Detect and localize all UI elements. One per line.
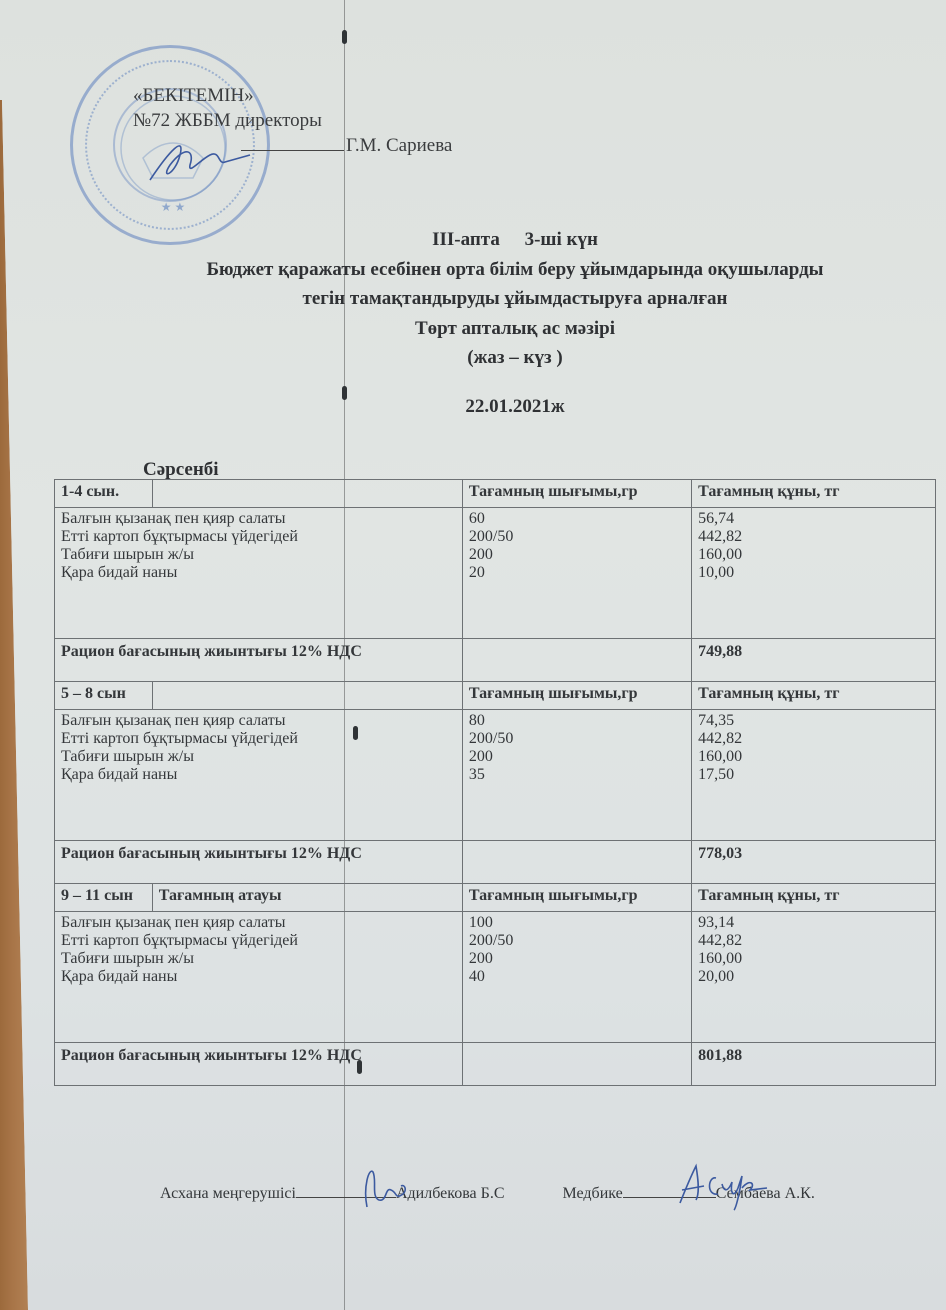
dish-yield: 35	[469, 766, 685, 784]
grade-label: 9 – 11 сын	[55, 884, 153, 912]
total-value: 801,88	[692, 1043, 936, 1086]
weekday-label: Сәрсенбі	[143, 459, 219, 481]
dish-yield: 20	[469, 564, 685, 582]
director-signature-icon	[140, 130, 260, 190]
dish-price: 17,50	[698, 766, 929, 784]
total-value: 778,03	[692, 841, 936, 884]
section-items-row: Балғын қызанақ пен қияр салаты Етті карт…	[55, 912, 936, 1043]
name-column-header	[152, 480, 462, 508]
dish-price: 56,74	[698, 510, 929, 528]
dish-price: 442,82	[698, 932, 929, 950]
dish-prices-cell: 93,14 442,82 160,00 20,00	[692, 912, 936, 1043]
section-total-row: Рацион бағасының жиынтығы 12% НДС 801,88	[55, 1043, 936, 1086]
section-items-row: Балғын қызанақ пен қияр салаты Етті карт…	[55, 508, 936, 639]
dish-name: Етті картоп бұқтырмасы үйдегідей	[61, 528, 456, 546]
dish-name: Балғын қызанақ пен қияр салаты	[61, 712, 456, 730]
dish-name: Табиғи шырын ж/ы	[61, 748, 456, 766]
title-line-3: Төрт апталық ас мәзірі	[130, 314, 900, 344]
name-column-header: Тағамның атауы	[152, 884, 462, 912]
dish-yield: 60	[469, 510, 685, 528]
dish-yield: 200/50	[469, 528, 685, 546]
day-label: 3-ші күн	[525, 229, 598, 250]
dish-prices-cell: 74,35 442,82 160,00 17,50	[692, 710, 936, 841]
dish-yield: 200	[469, 748, 685, 766]
cook-signature-icon	[355, 1162, 415, 1212]
dish-names-cell: Балғын қызанақ пен қияр салаты Етті карт…	[55, 710, 463, 841]
dish-price: 74,35	[698, 712, 929, 730]
price-column-header: Тағамның құны, тг	[692, 480, 936, 508]
approval-heading: «БЕКІТЕМІН»	[133, 83, 452, 108]
title-line-1: Бюджет қаражаты есебінен орта білім беру…	[130, 255, 900, 285]
dish-yield: 40	[469, 968, 685, 986]
nurse-signature-icon	[672, 1158, 772, 1213]
cook-role: Асхана меңгерушісі	[160, 1185, 296, 1202]
dish-yield: 80	[469, 712, 685, 730]
section-header-row: 1-4 сын. Тағамның шығымы,гр Тағамның құн…	[55, 480, 936, 508]
price-column-header: Тағамның құны, тг	[692, 682, 936, 710]
dish-name: Қара бидай наны	[61, 766, 456, 784]
title-line-2: тегін тамақтандыруды ұйымдастыруға арнал…	[130, 284, 900, 314]
section-header-row: 9 – 11 сын Тағамның атауы Тағамның шығым…	[55, 884, 936, 912]
dish-name: Табиғи шырын ж/ы	[61, 546, 456, 564]
dish-price: 20,00	[698, 968, 929, 986]
week-day-line: ІІІ-апта 3-ші күн	[130, 225, 900, 255]
svg-text:★ ★: ★ ★	[161, 200, 186, 214]
dish-names-cell: Балғын қызанақ пен қияр салаты Етті карт…	[55, 912, 463, 1043]
yield-column-header: Тағамның шығымы,гр	[462, 682, 691, 710]
dish-yields-cell: 100 200/50 200 40	[462, 912, 691, 1043]
grade-label: 1-4 сын.	[55, 480, 153, 508]
grade-label: 5 – 8 сын	[55, 682, 153, 710]
season-label: (жаз – күз )	[130, 343, 900, 373]
week-label: ІІІ-апта	[432, 229, 500, 250]
dish-name: Етті картоп бұқтырмасы үйдегідей	[61, 730, 456, 748]
dish-price: 10,00	[698, 564, 929, 582]
document-date: 22.01.2021ж	[130, 396, 900, 418]
total-label: Рацион бағасының жиынтығы 12% НДС	[55, 639, 463, 682]
price-column-header: Тағамның құны, тг	[692, 884, 936, 912]
yield-column-header: Тағамның шығымы,гр	[462, 884, 691, 912]
total-empty-cell	[462, 639, 691, 682]
signature-footer: Асхана меңгерушісіАдилбекова Б.С Медбике…	[160, 1185, 920, 1203]
dish-name: Балғын қызанақ пен қияр салаты	[61, 914, 456, 932]
section-header-row: 5 – 8 сын Тағамның шығымы,гр Тағамның құ…	[55, 682, 936, 710]
staple-mark-icon	[342, 30, 347, 44]
dish-yield: 200	[469, 546, 685, 564]
total-label: Рацион бағасының жиынтығы 12% НДС	[55, 841, 463, 884]
dish-price: 160,00	[698, 546, 929, 564]
yield-column-header: Тағамның шығымы,гр	[462, 480, 691, 508]
document-title: ІІІ-апта 3-ші күн Бюджет қаражаты есебін…	[130, 225, 900, 373]
nurse-role: Медбике	[563, 1185, 623, 1202]
total-empty-cell	[462, 1043, 691, 1086]
section-items-row: Балғын қызанақ пен қияр салаты Етті карт…	[55, 710, 936, 841]
dish-yield: 100	[469, 914, 685, 932]
approval-name: Г.М. Сариева	[346, 135, 452, 156]
dish-price: 93,14	[698, 914, 929, 932]
dish-yields-cell: 60 200/50 200 20	[462, 508, 691, 639]
total-empty-cell	[462, 841, 691, 884]
dish-name: Қара бидай наны	[61, 968, 456, 986]
menu-table: 1-4 сын. Тағамның шығымы,гр Тағамның құн…	[54, 479, 936, 1086]
dish-name: Табиғи шырын ж/ы	[61, 950, 456, 968]
dish-names-cell: Балғын қызанақ пен қияр салаты Етті карт…	[55, 508, 463, 639]
dish-name: Қара бидай наны	[61, 564, 456, 582]
total-label: Рацион бағасының жиынтығы 12% НДС	[55, 1043, 463, 1086]
dish-name: Балғын қызанақ пен қияр салаты	[61, 510, 456, 528]
dish-price: 442,82	[698, 730, 929, 748]
dish-name: Етті картоп бұқтырмасы үйдегідей	[61, 932, 456, 950]
section-total-row: Рацион бағасының жиынтығы 12% НДС 749,88	[55, 639, 936, 682]
dish-price: 442,82	[698, 528, 929, 546]
dish-prices-cell: 56,74 442,82 160,00 10,00	[692, 508, 936, 639]
total-value: 749,88	[692, 639, 936, 682]
dish-yields-cell: 80 200/50 200 35	[462, 710, 691, 841]
dish-price: 160,00	[698, 748, 929, 766]
name-column-header	[152, 682, 462, 710]
section-total-row: Рацион бағасының жиынтығы 12% НДС 778,03	[55, 841, 936, 884]
dish-yield: 200/50	[469, 730, 685, 748]
dish-price: 160,00	[698, 950, 929, 968]
dish-yield: 200	[469, 950, 685, 968]
dish-yield: 200/50	[469, 932, 685, 950]
